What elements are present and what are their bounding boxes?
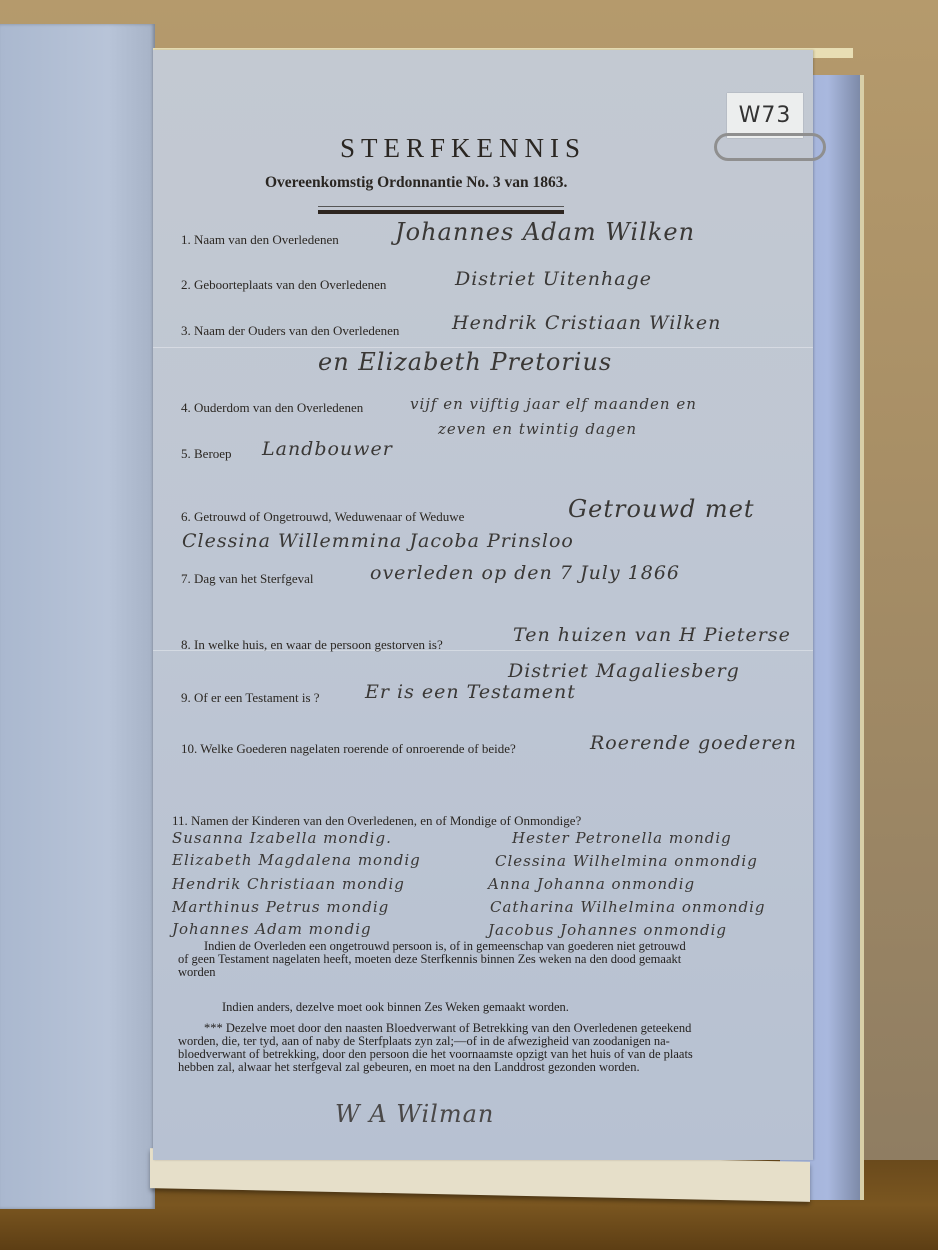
notice-unmarried: Indien de Overleden een ongetrouwd perso… [178, 940, 696, 979]
field-value-date-of-death: overleden op den 7 July 1866 [370, 562, 680, 584]
field-label-occupation: 5. Beroep [181, 446, 232, 462]
field-label-name: 1. Naam van den Overledenen [181, 232, 339, 248]
field-label-age: 4. Ouderdom van den Overledenen [181, 400, 363, 416]
field-value-age-line2: zeven en twintig dagen [438, 420, 637, 438]
field-value-birthplace: Distriet Uitenhage [455, 268, 652, 290]
child-entry: Marthinus Petrus mondig [172, 898, 389, 916]
field-value-parents-line2: en Elizabeth Pretorius [318, 348, 612, 376]
title-rule-thick [318, 210, 564, 214]
archive-tag: W73 [727, 93, 803, 138]
field-label-testament: 9. Of er een Testament is ? [181, 690, 320, 706]
child-entry: Anna Johanna onmondig [488, 875, 695, 893]
field-value-name: Johannes Adam Wilken [395, 218, 695, 246]
field-value-occupation: Landbouwer [262, 438, 393, 460]
child-entry: Susanna Izabella mondig. [172, 829, 392, 847]
document-title: STERFKENNIS [0, 133, 932, 164]
child-entry: Hendrik Christiaan mondig [172, 875, 405, 893]
field-label-date-of-death: 7. Dag van het Sterfgeval [181, 571, 313, 587]
child-entry: Hester Petronella mondig [512, 829, 732, 847]
folder-left-cover [0, 24, 155, 1209]
field-label-marital-status: 6. Getrouwd of Ongetrouwd, Weduwenaar of… [181, 509, 464, 525]
field-label-goods: 10. Welke Goederen nagelaten roerende of… [181, 741, 516, 757]
child-entry: Johannes Adam mondig [172, 920, 372, 938]
field-label-place-of-death: 8. In welke huis, en waar de persoon ges… [181, 637, 443, 653]
field-value-place-of-death-line2: Distriet Magaliesberg [508, 660, 740, 682]
field-value-goods: Roerende goederen [590, 732, 797, 754]
field-label-parents: 3. Naam der Ouders van den Overledenen [181, 323, 399, 339]
field-value-place-of-death: Ten huizen van H Pieterse [513, 624, 791, 646]
field-label-birthplace: 2. Geboorteplaats van den Overledenen [181, 277, 386, 293]
notice-signing-instructions: *** Dezelve moet door den naasten Bloedv… [178, 1022, 696, 1074]
child-entry: Elizabeth Magdalena mondig [172, 851, 421, 869]
child-entry: Clessina Wilhelmina onmondig [495, 852, 758, 870]
field-value-age: vijf en vijftig jaar elf maanden en [410, 395, 697, 413]
death-notice-page [153, 50, 813, 1160]
field-value-parents: Hendrik Cristiaan Wilken [452, 312, 721, 334]
field-value-marital-status: Getrouwd met [568, 495, 755, 523]
title-rule-thin [318, 206, 564, 207]
field-label-children: 11. Namen der Kinderen van den Overleden… [172, 813, 581, 829]
child-entry: Catharina Wilhelmina onmondig [490, 898, 765, 916]
notice-otherwise: Indien anders, dezelve moet ook binnen Z… [222, 1001, 692, 1014]
signature: W A Wilman [335, 1100, 494, 1128]
field-value-spouse: Clessina Willemmina Jacoba Prinsloo [182, 530, 574, 552]
child-entry: Jacobus Johannes onmondig [488, 921, 727, 939]
document-subtitle: Overeenkomstig Ordonnantie No. 3 van 186… [265, 174, 625, 192]
field-value-testament: Er is een Testament [365, 681, 576, 703]
